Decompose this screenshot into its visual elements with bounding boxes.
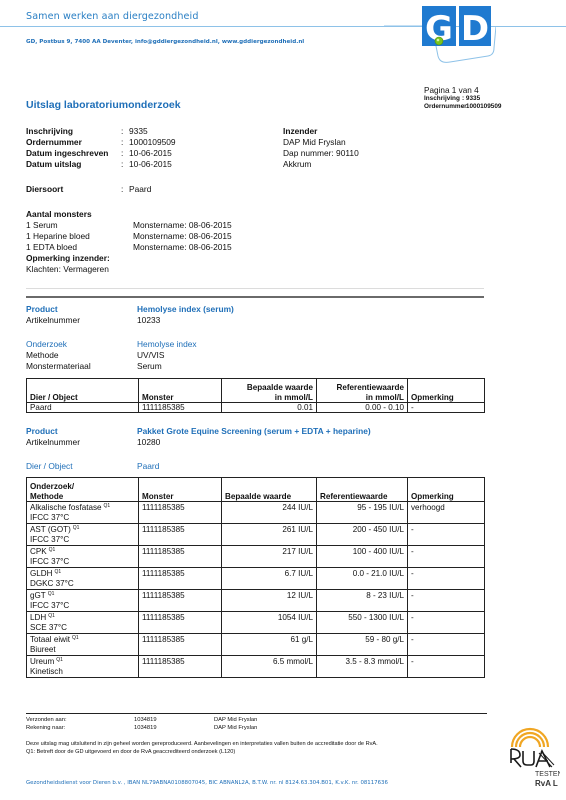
test-method: IFCC 37°C bbox=[30, 535, 135, 545]
page-info-inschrijving-label: Inschrijving bbox=[424, 95, 462, 103]
order-details: Inschrijving : 9335 Ordernummer : 100010… bbox=[26, 126, 266, 170]
sample-cell: 1111185385 bbox=[139, 524, 222, 546]
test-name: GLDH bbox=[30, 569, 53, 578]
rva-accreditation-logo: TESTEN RvA L 120 bbox=[508, 727, 560, 793]
remark-cell: - bbox=[408, 612, 485, 634]
table-row: Alkalische fosfataseQ1IFCC 37°C111118538… bbox=[27, 502, 485, 524]
sample-cell: 1111185385 bbox=[139, 612, 222, 634]
table-row: AST (GOT)Q1IFCC 37°C1111185385261 IU/L20… bbox=[27, 524, 485, 546]
disclaimer-line: Deze uitslag mag uitsluitend in zijn geh… bbox=[26, 740, 378, 748]
column-header: Referentiewaarde bbox=[317, 478, 408, 502]
article-label: Artikelnummer bbox=[26, 315, 80, 326]
page-info-order-value: : 1000109509 bbox=[462, 103, 501, 110]
remark-cell: - bbox=[408, 634, 485, 656]
detail-label: Inschrijving bbox=[26, 126, 73, 137]
detail-row: Datum ingeschreven : 10-06-2015 bbox=[26, 148, 266, 159]
svg-text:TESTEN: TESTEN bbox=[535, 771, 560, 778]
divider bbox=[26, 288, 484, 289]
product-name: Hemolyse index (serum) bbox=[137, 304, 234, 315]
column-header: Opmerking bbox=[408, 478, 485, 502]
test-method-cell: LDHQ1SCE 37°C bbox=[27, 612, 139, 634]
test-method: IFCC 37°C bbox=[30, 601, 135, 611]
test-method-cell: AST (GOT)Q1IFCC 37°C bbox=[27, 524, 139, 546]
test-method-cell: gGTQ1IFCC 37°C bbox=[27, 590, 139, 612]
value-cell: 1054 IU/L bbox=[222, 612, 317, 634]
test-method: DGKC 37°C bbox=[30, 579, 135, 589]
disclaimer: Deze uitslag mag uitsluitend in zijn geh… bbox=[26, 740, 378, 756]
table-row: GLDHQ1DGKC 37°C11111853856.7 IU/L0.0 - 2… bbox=[27, 568, 485, 590]
test-method-cell: UreumQ1Kinetisch bbox=[27, 656, 139, 678]
test-method-cell: Totaal eiwitQ1Biureet bbox=[27, 634, 139, 656]
sender-line: Dap nummer: 90110 bbox=[283, 148, 359, 159]
sent-to-number: 1034819 bbox=[134, 716, 157, 724]
sample-date: Monstername: 08-06-2015 bbox=[133, 231, 232, 242]
address-line: GD, Postbus 9, 7400 AA Deventer, info@gd… bbox=[26, 39, 304, 45]
invoice-number: 1034819 bbox=[134, 724, 157, 732]
value-cell: 6.5 mmol/L bbox=[222, 656, 317, 678]
remark-cell: verhoogd bbox=[408, 502, 485, 524]
test-method-cell: GLDHQ1DGKC 37°C bbox=[27, 568, 139, 590]
sample-row: 1 EDTA bloed Monstername: 08-06-2015 bbox=[26, 242, 286, 253]
test-method-cell: Alkalische fosfataseQ1IFCC 37°C bbox=[27, 502, 139, 524]
column-header: Referentiewaardein mmol/L bbox=[317, 379, 408, 403]
table-cell: 1111185385 bbox=[139, 403, 222, 413]
test-name: LDH bbox=[30, 613, 46, 622]
sample-name: 1 Serum bbox=[26, 220, 58, 230]
detail-value: 10-06-2015 bbox=[129, 148, 172, 159]
value-cell: 217 IU/L bbox=[222, 546, 317, 568]
accreditation-note: Q1: Betreft door de GD uitgevoerd en doo… bbox=[26, 748, 378, 756]
product-label: Product bbox=[26, 426, 58, 437]
footer-divider bbox=[26, 713, 487, 714]
accreditation-mark: Q1 bbox=[104, 503, 111, 509]
remark-heading: Opmerking inzender: bbox=[26, 253, 286, 264]
sender-line: DAP Mid Fryslan bbox=[283, 137, 359, 148]
test-method: Biureet bbox=[30, 645, 135, 655]
accreditation-mark: Q1 bbox=[72, 635, 79, 641]
page-number: Pagina 1 van 4 bbox=[424, 86, 501, 95]
section-divider bbox=[26, 296, 484, 298]
column-header: Opmerking bbox=[408, 379, 485, 403]
detail-label: Datum uitslag bbox=[26, 159, 81, 170]
diersoort-row: Diersoort : Paard bbox=[26, 184, 266, 195]
document-title: Uitslag laboratoriumonderzoek bbox=[26, 99, 181, 111]
samples-block: Aantal monsters 1 Serum Monstername: 08-… bbox=[26, 209, 286, 275]
test-label: Onderzoek bbox=[26, 339, 67, 350]
page-info-order-label: Ordernummer bbox=[424, 103, 462, 111]
table-row: LDHQ1SCE 37°C11111853851054 IU/L550 - 13… bbox=[27, 612, 485, 634]
sample-row: 1 Heparine bloed Monstername: 08-06-2015 bbox=[26, 231, 286, 242]
sample-name: 1 Heparine bloed bbox=[26, 231, 90, 241]
detail-row: Datum uitslag : 10-06-2015 bbox=[26, 159, 266, 170]
reference-cell: 550 - 1300 IU/L bbox=[317, 612, 408, 634]
diersoort-value: Paard bbox=[129, 184, 151, 195]
reference-cell: 3.5 - 8.3 mmol/L bbox=[317, 656, 408, 678]
accreditation-mark: Q1 bbox=[56, 657, 63, 663]
sample-date: Monstername: 08-06-2015 bbox=[133, 242, 232, 253]
accreditation-mark: Q1 bbox=[55, 569, 62, 575]
article-label: Artikelnummer bbox=[26, 437, 80, 448]
test-name: Totaal eiwit bbox=[30, 635, 70, 644]
material-label: Monstermateriaal bbox=[26, 361, 91, 372]
sample-row: 1 Serum Monstername: 08-06-2015 bbox=[26, 220, 286, 231]
table-header-row: Onderzoek/MethodeMonsterBepaalde waardeR… bbox=[27, 478, 485, 502]
table-row: UreumQ1Kinetisch11111853856.5 mmol/L3.5 … bbox=[27, 656, 485, 678]
sample-cell: 1111185385 bbox=[139, 656, 222, 678]
sender-line: Akkrum bbox=[283, 159, 359, 170]
detail-value: 9335 bbox=[129, 126, 148, 137]
product-label: Product bbox=[26, 304, 58, 315]
test-name: Ureum bbox=[30, 657, 54, 666]
reference-cell: 8 - 23 IU/L bbox=[317, 590, 408, 612]
sample-cell: 1111185385 bbox=[139, 546, 222, 568]
table-cell: Paard bbox=[27, 403, 139, 413]
column-header: Bepaalde waarde bbox=[222, 478, 317, 502]
table-row: gGTQ1IFCC 37°C111118538512 IU/L8 - 23 IU… bbox=[27, 590, 485, 612]
value-cell: 261 IU/L bbox=[222, 524, 317, 546]
article-number: 10233 bbox=[137, 315, 160, 326]
sender-block: Inzender DAP Mid Fryslan Dap nummer: 901… bbox=[283, 126, 359, 170]
remark-text: Klachten: Vermageren bbox=[26, 264, 286, 275]
reference-cell: 0.0 - 21.0 IU/L bbox=[317, 568, 408, 590]
detail-row: Ordernummer : 1000109509 bbox=[26, 137, 266, 148]
test-name: gGT bbox=[30, 591, 46, 600]
detail-value: 1000109509 bbox=[129, 137, 176, 148]
value-cell: 244 IU/L bbox=[222, 502, 317, 524]
sender-heading: Inzender bbox=[283, 126, 359, 137]
remark-cell: - bbox=[408, 656, 485, 678]
sample-cell: 1111185385 bbox=[139, 590, 222, 612]
column-header: Monster bbox=[139, 379, 222, 403]
value-cell: 12 IU/L bbox=[222, 590, 317, 612]
column-header: Bepaalde waardein mmol/L bbox=[222, 379, 317, 403]
accreditation-mark: Q1 bbox=[48, 613, 55, 619]
detail-row: Inschrijving : 9335 bbox=[26, 126, 266, 137]
table-cell: 0.00 - 0.10 bbox=[317, 403, 408, 413]
value-cell: 6.7 IU/L bbox=[222, 568, 317, 590]
detail-label: Ordernummer bbox=[26, 137, 82, 148]
remark-cell: - bbox=[408, 546, 485, 568]
tagline: Samen werken aan diergezondheid bbox=[26, 11, 199, 22]
remark-cell: - bbox=[408, 568, 485, 590]
table-row: Paard11111853850.010.00 - 0.10- bbox=[27, 403, 485, 413]
method-value: UV/VIS bbox=[137, 350, 164, 361]
test-name: Hemolyse index bbox=[137, 339, 197, 350]
sample-cell: 1111185385 bbox=[139, 568, 222, 590]
product-hemolyse: Product Hemolyse index (serum) Artikelnu… bbox=[26, 304, 486, 372]
detail-value: 10-06-2015 bbox=[129, 159, 172, 170]
test-method-cell: CPKQ1IFCC 37°C bbox=[27, 546, 139, 568]
table-cell: - bbox=[408, 403, 485, 413]
sample-cell: 1111185385 bbox=[139, 634, 222, 656]
method-label: Methode bbox=[26, 350, 59, 361]
value-cell: 61 g/L bbox=[222, 634, 317, 656]
article-number: 10280 bbox=[137, 437, 160, 448]
animal-value: Paard bbox=[137, 461, 159, 472]
table-header-row: Dier / ObjectMonsterBepaalde waardein mm… bbox=[27, 379, 485, 403]
diersoort-label: Diersoort bbox=[26, 184, 63, 195]
product-name: Pakket Grote Equine Screening (serum + E… bbox=[137, 426, 371, 437]
test-name: Alkalische fosfatase bbox=[30, 503, 102, 512]
remark-cell: - bbox=[408, 590, 485, 612]
invoice-name: DAP Mid Fryslan bbox=[214, 724, 257, 732]
table-row: CPKQ1IFCC 37°C1111185385217 IU/L100 - 40… bbox=[27, 546, 485, 568]
page-info: Pagina 1 van 4 Inschrijving: 9335 Ordern… bbox=[424, 86, 501, 111]
product-equine-screening: Product Pakket Grote Equine Screening (s… bbox=[26, 426, 486, 472]
reference-cell: 100 - 400 IU/L bbox=[317, 546, 408, 568]
test-name: CPK bbox=[30, 547, 47, 556]
accreditation-mark: Q1 bbox=[48, 591, 55, 597]
accreditation-mark: Q1 bbox=[73, 525, 80, 531]
sent-to-name: DAP Mid Fryslan bbox=[214, 716, 257, 724]
test-method: IFCC 37°C bbox=[30, 557, 135, 567]
invoice-label: Rekening naar: bbox=[26, 724, 65, 732]
remark-cell: - bbox=[408, 524, 485, 546]
column-header: Onderzoek/Methode bbox=[27, 478, 139, 502]
samples-heading: Aantal monsters bbox=[26, 209, 286, 220]
footer-recipients: Verzonden aan: 1034819 DAP Mid Fryslan R… bbox=[26, 716, 326, 732]
test-method: Kinetisch bbox=[30, 667, 135, 677]
svg-text:RvA L 120: RvA L 120 bbox=[535, 779, 560, 788]
gd-logo: G D bbox=[384, 0, 496, 66]
material-value: Serum bbox=[137, 361, 162, 372]
test-method: IFCC 37°C bbox=[30, 513, 135, 523]
reference-cell: 59 - 80 g/L bbox=[317, 634, 408, 656]
page-info-inschrijving-value: : 9335 bbox=[462, 95, 480, 102]
reference-cell: 200 - 450 IU/L bbox=[317, 524, 408, 546]
svg-text:D: D bbox=[461, 9, 489, 49]
table-row: Totaal eiwitQ1Biureet111118538561 g/L59 … bbox=[27, 634, 485, 656]
reference-cell: 95 - 195 IU/L bbox=[317, 502, 408, 524]
test-name: AST (GOT) bbox=[30, 525, 71, 534]
hemolyse-results-table: Dier / ObjectMonsterBepaalde waardein mm… bbox=[26, 378, 485, 413]
sample-cell: 1111185385 bbox=[139, 502, 222, 524]
table-cell: 0.01 bbox=[222, 403, 317, 413]
accreditation-mark: Q1 bbox=[49, 547, 56, 553]
test-method: SCE 37°C bbox=[30, 623, 135, 633]
sample-date: Monstername: 08-06-2015 bbox=[133, 220, 232, 231]
screening-results-table: Onderzoek/MethodeMonsterBepaalde waardeR… bbox=[26, 477, 485, 678]
animal-label: Dier / Object bbox=[26, 461, 73, 472]
column-header: Dier / Object bbox=[27, 379, 139, 403]
company-info: Gezondheidsdienst voor Dieren b.v. , IBA… bbox=[26, 780, 388, 786]
column-header: Monster bbox=[139, 478, 222, 502]
sample-name: 1 EDTA bloed bbox=[26, 242, 77, 252]
detail-label: Datum ingeschreven bbox=[26, 148, 108, 159]
sent-to-label: Verzonden aan: bbox=[26, 716, 67, 724]
